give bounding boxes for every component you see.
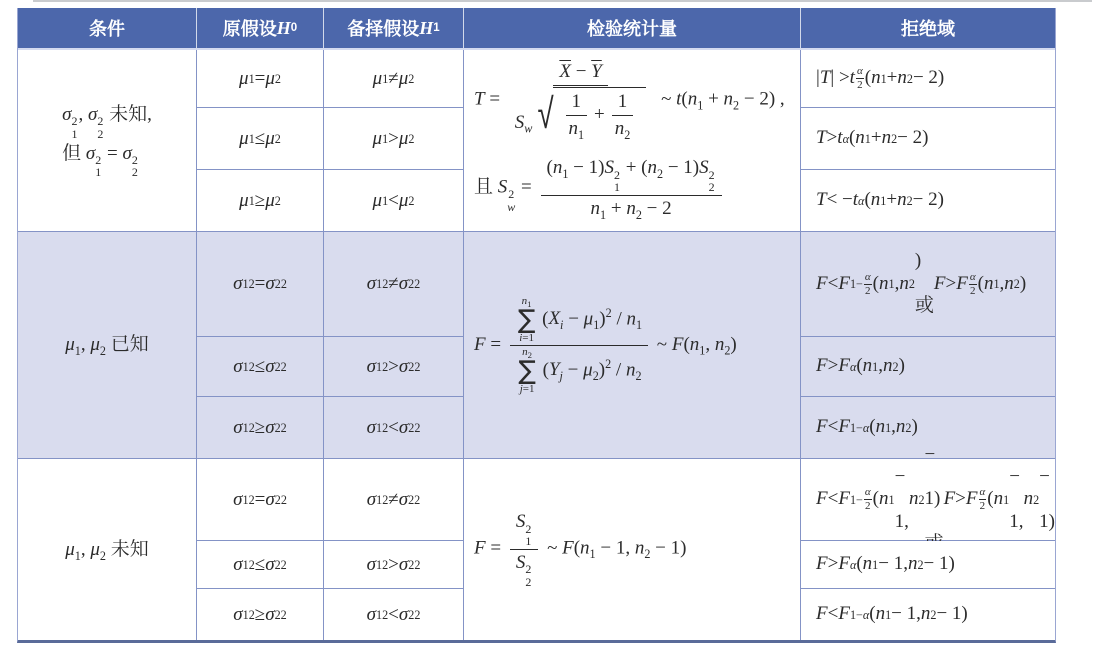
alt-hypothesis-cell: σ12 > σ22 — [324, 337, 464, 397]
alt-hypothesis-cell: μ1 < μ2 — [324, 170, 464, 232]
null-hypothesis-cell: μ1 = μ2 — [197, 50, 324, 108]
header-alt-hypothesis: 备择假设 H1 — [324, 8, 464, 50]
statistic-cell-group2: F = n1∑i=1 (Xi − μ1)2 / n1n2∑j=1 (Yj − μ… — [464, 232, 801, 459]
null-hypothesis-cell: σ12 ≥ σ22 — [197, 397, 324, 459]
pooled-variance-formula: 且 S2w = (n1 − 1)S21 + (n2 − 1)S22n1 + n2… — [474, 156, 726, 220]
rejection-cell: T > tα (n1 + n2 − 2) — [801, 108, 1055, 170]
alt-hypothesis-cell: μ1 > μ2 — [324, 108, 464, 170]
condition-text: μ1, μ2 已知 — [65, 332, 149, 358]
rejection-cell: F < F1−α2 (n1 − 1, n2 − 1)或 F > Fα2 (n1 … — [801, 459, 1055, 541]
condition-cell-group2: μ1, μ2 已知 — [18, 232, 197, 459]
f-statistic-unknown-means-formula: F = S21S22 ~ F(n1 − 1, n2 − 1) — [474, 510, 686, 588]
null-hypothesis-cell: μ1 ≤ μ2 — [197, 108, 324, 170]
rejection-cell: F > Fα (n1 − 1, n2 − 1) — [801, 541, 1055, 589]
rejection-cell: |T| > tα2 (n1 + n2 − 2) — [801, 50, 1055, 108]
hypothesis-test-table-page: 条件 原假设 H0 备择假设 H1 检验统计量 拒绝域 σ21, σ22 未知,… — [0, 0, 1100, 659]
condition-cell-group1: σ21, σ22 未知,但 σ21 = σ22 — [18, 50, 197, 232]
condition-text: σ21, σ22 未知,但 σ21 = σ22 — [62, 102, 152, 179]
alt-hypothesis-cell: σ12 ≠ σ22 — [324, 459, 464, 541]
header-test-statistic: 检验统计量 — [464, 8, 801, 50]
null-hypothesis-cell: σ12 = σ22 — [197, 459, 324, 541]
header-null-hypothesis: 原假设 H0 — [197, 8, 324, 50]
alt-hypothesis-cell: σ12 < σ22 — [324, 397, 464, 459]
condition-text: μ1, μ2 未知 — [65, 537, 149, 563]
statistic-cell-group3: F = S21S22 ~ F(n1 − 1, n2 − 1) — [464, 459, 801, 640]
rejection-cell: T < −tα (n1 + n2 − 2) — [801, 170, 1055, 232]
rejection-cell: F > Fα (n1, n2) — [801, 337, 1055, 397]
alt-hypothesis-cell: σ12 < σ22 — [324, 589, 464, 640]
t-statistic-formula: T = X − YSw√1n1 + 1n2 ~ t(n1 + n2 − 2) , — [474, 60, 785, 140]
f-statistic-known-means-formula: F = n1∑i=1 (Xi − μ1)2 / n1n2∑j=1 (Yj − μ… — [474, 296, 737, 395]
null-hypothesis-cell: μ1 ≥ μ2 — [197, 170, 324, 232]
null-hypothesis-cell: σ12 ≤ σ22 — [197, 541, 324, 589]
hypothesis-test-table: 条件 原假设 H0 备择假设 H1 检验统计量 拒绝域 σ21, σ22 未知,… — [17, 8, 1056, 643]
rejection-cell: F < F1−α (n1 − 1, n2 − 1) — [801, 589, 1055, 640]
header-condition: 条件 — [18, 8, 197, 50]
alt-hypothesis-cell: σ12 > σ22 — [324, 541, 464, 589]
condition-cell-group3: μ1, μ2 未知 — [18, 459, 197, 640]
null-hypothesis-cell: σ12 ≥ σ22 — [197, 589, 324, 640]
alt-hypothesis-cell: μ1 ≠ μ2 — [324, 50, 464, 108]
rejection-cell: F < F1−α2 (n1, n2)或 F > Fα2 (n1, n2) — [801, 232, 1055, 337]
null-hypothesis-cell: σ12 ≤ σ22 — [197, 337, 324, 397]
alt-hypothesis-cell: σ12 ≠ σ22 — [324, 232, 464, 337]
header-rejection-region: 拒绝域 — [801, 8, 1055, 50]
top-crop-line — [33, 0, 1092, 2]
statistic-cell-group1: T = X − YSw√1n1 + 1n2 ~ t(n1 + n2 − 2) ,… — [464, 50, 801, 232]
null-hypothesis-cell: σ12 = σ22 — [197, 232, 324, 337]
